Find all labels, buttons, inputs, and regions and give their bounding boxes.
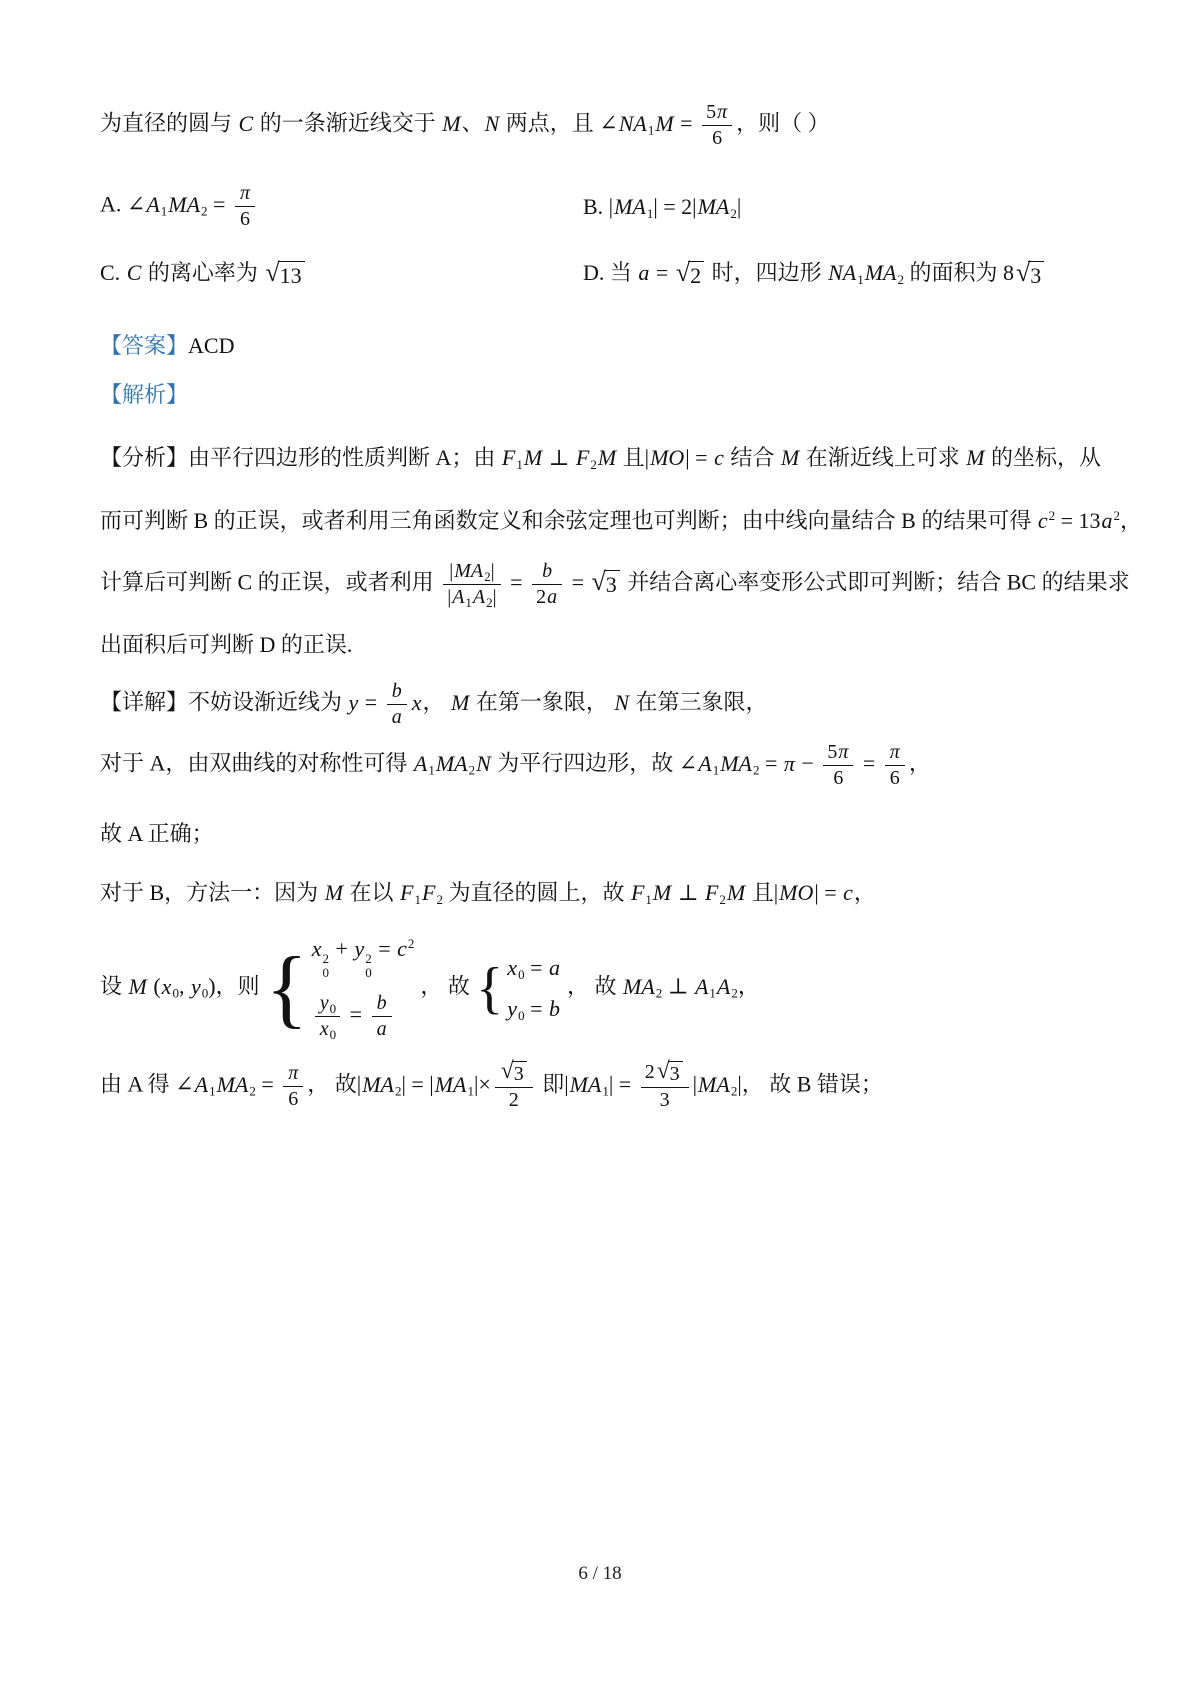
radicand: 3 bbox=[604, 570, 620, 599]
subscript: 2 bbox=[249, 1084, 256, 1099]
subscript: 2 bbox=[656, 986, 663, 1001]
math-var: x bbox=[411, 690, 423, 715]
math-var: M bbox=[726, 880, 746, 905]
fraction: √32 bbox=[495, 1060, 533, 1112]
math-var: A bbox=[145, 192, 160, 217]
subscript: 0 bbox=[518, 967, 525, 982]
case-row: y0 = b bbox=[506, 995, 561, 1024]
math-var: MA bbox=[864, 260, 898, 285]
sub-sup-stack: 20 bbox=[323, 952, 331, 979]
radical-icon: √ bbox=[265, 260, 279, 286]
subscript: 1 bbox=[414, 892, 421, 907]
analysis-line-2: 而可判断 B 的正误，或者利用三角函数定义和余弦定理也可判断；由中线向量结合 B… bbox=[100, 504, 1108, 537]
math-var: MA bbox=[622, 974, 656, 999]
denominator: 2 bbox=[495, 1087, 533, 1113]
fraction: ba bbox=[387, 679, 407, 730]
subscript: 1 bbox=[647, 206, 654, 221]
subscript: 0 bbox=[518, 1008, 525, 1023]
superscript: 2 bbox=[1114, 508, 1121, 523]
denominator: x0 bbox=[315, 1016, 340, 1042]
fraction: π6 bbox=[235, 181, 255, 232]
math-var: N bbox=[484, 111, 501, 136]
superscript: 2 bbox=[408, 936, 415, 951]
part-b-line: 对于 B，方法一：因为 M 在以 F1F2 为直径的圆上，故 F1M ⊥ F2M… bbox=[100, 876, 1108, 909]
math-var: x bbox=[311, 936, 323, 961]
math-var: x bbox=[161, 974, 173, 999]
math-var: NA bbox=[827, 260, 857, 285]
math-var: MA bbox=[435, 751, 469, 776]
part-a-line-2: 故 A 正确； bbox=[100, 817, 1108, 850]
math-var: A bbox=[413, 751, 428, 776]
option-b: B. |MA1| = 2|MA2| bbox=[583, 190, 1108, 223]
square-root: √3 bbox=[501, 1061, 527, 1087]
fraction: 5π6 bbox=[823, 740, 853, 791]
math-var: M bbox=[324, 880, 344, 905]
math-var: F bbox=[399, 880, 414, 905]
option-a: A. ∠A1MA2 = π6 bbox=[100, 181, 583, 232]
detail-line: 【详解】不妨设渐近线为 y = bax， M 在第一象限， N 在第三象限， bbox=[100, 679, 1108, 730]
subscript: 2 bbox=[395, 1084, 402, 1099]
radicand: 3 bbox=[1028, 261, 1044, 290]
case-rows: x20 + y20 = c2y0x0 = ba bbox=[311, 935, 415, 1042]
denominator: a bbox=[387, 704, 407, 730]
math-var: MA bbox=[216, 1072, 250, 1097]
denominator: 3 bbox=[641, 1087, 689, 1113]
radical-icon: √ bbox=[501, 1060, 514, 1084]
analysis-section-label: 【解析】 bbox=[100, 378, 1108, 411]
math-var: F bbox=[421, 880, 436, 905]
math-var: a bbox=[637, 260, 650, 285]
analysis-line-1: 【分析】由平行四边形的性质判断 A；由 F1M ⊥ F2M 且|MO| = c … bbox=[100, 441, 1108, 474]
math-var: MA bbox=[361, 1072, 395, 1097]
math-var: MA bbox=[719, 751, 753, 776]
math-var: x bbox=[319, 1018, 330, 1040]
math-var: A bbox=[716, 974, 731, 999]
fraction: 2√33 bbox=[641, 1060, 689, 1112]
math-var: F bbox=[630, 880, 645, 905]
from-a-line: 由 A 得 ∠A1MA2 = π6， 故|MA2| = |MA1|×√32 即|… bbox=[100, 1060, 1108, 1112]
subscript: 0 bbox=[172, 986, 179, 1001]
math-var: M bbox=[652, 880, 672, 905]
fraction: ba bbox=[372, 991, 392, 1042]
math-var: b bbox=[376, 992, 388, 1014]
subscript: 1 bbox=[857, 272, 864, 287]
denominator: 6 bbox=[235, 206, 255, 232]
radical-icon: √ bbox=[676, 260, 690, 286]
math-var: M bbox=[450, 690, 470, 715]
math-var: c bbox=[713, 445, 725, 470]
math-var: A bbox=[694, 974, 709, 999]
math-var: b bbox=[391, 680, 403, 702]
square-root: √3 bbox=[1016, 261, 1044, 290]
subscript: 2 bbox=[590, 457, 597, 472]
math-var: M bbox=[965, 445, 985, 470]
math-var: a bbox=[546, 586, 558, 608]
subscript: 0 bbox=[323, 966, 330, 980]
left-brace-icon: { bbox=[266, 945, 308, 1033]
subscript: 2 bbox=[731, 986, 738, 1001]
math-var: MA bbox=[697, 194, 731, 219]
math-var: MA bbox=[613, 194, 647, 219]
subscript: 1 bbox=[467, 1084, 474, 1099]
subscript: 1 bbox=[602, 1084, 609, 1099]
options-row-ab: A. ∠A1MA2 = π6 B. |MA1| = 2|MA2| bbox=[100, 181, 1108, 232]
set-m-line: 设 M (x0, y0)，则{x20 + y20 = c2y0x0 = ba， … bbox=[100, 935, 1108, 1042]
numerator: |MA2| bbox=[443, 559, 500, 584]
subscript: 0 bbox=[330, 1001, 337, 1016]
subscript: 2 bbox=[719, 892, 726, 907]
subscript: 0 bbox=[330, 1027, 337, 1042]
math-var: π bbox=[837, 741, 849, 763]
denominator: |A1A2| bbox=[443, 584, 500, 610]
document-page: 为直径的圆与 C 的一条渐近线交于 M、N 两点，且 ∠NA1M = 5π6，则… bbox=[0, 0, 1200, 1697]
math-var: A bbox=[697, 751, 712, 776]
math-var: NA bbox=[618, 111, 648, 136]
subscript: 0 bbox=[365, 966, 372, 980]
superscript: 2 bbox=[323, 952, 330, 966]
case-row: y0x0 = ba bbox=[311, 991, 415, 1042]
numerator: π bbox=[283, 1061, 303, 1086]
superscript: 2 bbox=[365, 952, 372, 966]
radical-icon: √ bbox=[657, 1060, 670, 1084]
math-var: MO bbox=[649, 445, 685, 470]
math-var: MA bbox=[569, 1072, 603, 1097]
math-var: M bbox=[441, 111, 461, 136]
math-var: b bbox=[548, 996, 561, 1021]
math-var: MA bbox=[453, 560, 484, 582]
math-var: A bbox=[194, 1072, 209, 1097]
math-var: F bbox=[704, 880, 719, 905]
sub-sup-stack: 20 bbox=[365, 952, 373, 979]
denominator: 2a bbox=[532, 584, 562, 610]
denominator: 6 bbox=[885, 765, 905, 791]
left-brace-icon: { bbox=[476, 960, 503, 1017]
fraction: |MA2||A1A2| bbox=[443, 559, 500, 610]
math-var: N bbox=[475, 751, 492, 776]
section-label: 【答案】 bbox=[100, 333, 188, 358]
math-var: b bbox=[541, 560, 553, 582]
math-var: C bbox=[238, 111, 255, 136]
math-var: a bbox=[1101, 508, 1114, 533]
math-var: c bbox=[842, 880, 854, 905]
numerator: 5π bbox=[823, 740, 853, 765]
analysis-line-3: 计算后可判断 C 的正误，或者利用 |MA2||A1A2| = b2a = √3… bbox=[100, 559, 1108, 610]
math-var: MA bbox=[434, 1072, 468, 1097]
option-c: C. C 的离心率为 √13 bbox=[100, 256, 583, 289]
subscript: 1 bbox=[645, 892, 652, 907]
math-var: π bbox=[287, 1062, 299, 1084]
cases-group: {x20 + y20 = c2y0x0 = ba bbox=[266, 935, 415, 1042]
case-rows: x0 = ay0 = b bbox=[506, 954, 561, 1023]
radical-icon: √ bbox=[592, 569, 606, 595]
subscript: 2 bbox=[730, 206, 737, 221]
math-var: y bbox=[319, 992, 330, 1014]
math-var: MA bbox=[697, 1072, 731, 1097]
radicand: 3 bbox=[512, 1061, 527, 1087]
fraction: y0x0 bbox=[315, 991, 340, 1042]
math-var: MA bbox=[167, 192, 201, 217]
math-var: M bbox=[523, 445, 543, 470]
fraction: π6 bbox=[885, 740, 905, 791]
subscript: 1 bbox=[465, 595, 472, 610]
problem-stem: 为直径的圆与 C 的一条渐近线交于 M、N 两点，且 ∠NA1M = 5π6，则… bbox=[100, 100, 1108, 151]
denominator: 6 bbox=[283, 1086, 303, 1112]
numerator: b bbox=[372, 991, 392, 1016]
denominator: 6 bbox=[823, 765, 853, 791]
math-var: π bbox=[716, 101, 728, 123]
document-content: 为直径的圆与 C 的一条渐近线交于 M、N 两点，且 ∠NA1M = 5π6，则… bbox=[0, 100, 1200, 1113]
subscript: 1 bbox=[516, 457, 523, 472]
denominator: 6 bbox=[702, 125, 732, 151]
subscript: 2 bbox=[201, 204, 208, 219]
fraction: b2a bbox=[532, 559, 562, 610]
radicand: 2 bbox=[688, 261, 704, 290]
superscript: 2 bbox=[1049, 508, 1056, 523]
math-var: π bbox=[889, 741, 901, 763]
answer-line: 【答案】ACD bbox=[100, 329, 1108, 362]
radical-icon: √ bbox=[1016, 260, 1030, 286]
math-var: MO bbox=[778, 880, 814, 905]
numerator: y0 bbox=[315, 991, 340, 1016]
options-row-cd: C. C 的离心率为 √13 D. 当 a = √2 时，四边形 NA1MA2 … bbox=[100, 256, 1108, 289]
section-label: 【解析】 bbox=[100, 382, 188, 407]
square-root: √3 bbox=[592, 570, 620, 599]
subscript: 1 bbox=[709, 986, 716, 1001]
math-var: c bbox=[1037, 508, 1049, 533]
math-var: N bbox=[613, 690, 630, 715]
math-var: A bbox=[451, 586, 465, 608]
math-var: y bbox=[348, 690, 360, 715]
math-var: M bbox=[128, 974, 148, 999]
case-row: x0 = a bbox=[506, 954, 561, 983]
square-root: √3 bbox=[657, 1061, 683, 1087]
math-var: y bbox=[353, 936, 365, 961]
denominator: a bbox=[372, 1016, 392, 1042]
radicand: 3 bbox=[668, 1061, 683, 1087]
math-var: F bbox=[501, 445, 516, 470]
subscript: 0 bbox=[202, 986, 209, 1001]
math-var: a bbox=[391, 706, 403, 728]
numerator: b bbox=[532, 559, 562, 584]
square-root: √2 bbox=[676, 261, 704, 290]
subscript: 2 bbox=[753, 763, 760, 778]
subscript: 2 bbox=[486, 595, 493, 610]
cases-group: {x0 = ay0 = b bbox=[476, 954, 561, 1023]
numerator: π bbox=[885, 740, 905, 765]
math-var: M bbox=[597, 445, 617, 470]
case-row: x20 + y20 = c2 bbox=[311, 935, 415, 979]
option-d: D. 当 a = √2 时，四边形 NA1MA2 的面积为 8√3 bbox=[583, 256, 1108, 289]
math-var: x bbox=[506, 955, 518, 980]
subscript: 2 bbox=[484, 569, 491, 584]
math-var: a bbox=[548, 955, 561, 980]
math-var: π bbox=[239, 182, 251, 204]
page-number: 6 / 18 bbox=[0, 1563, 1200, 1585]
subscript: 2 bbox=[897, 272, 904, 287]
numerator: 2√3 bbox=[641, 1060, 689, 1086]
part-a-line-1: 对于 A，由双曲线的对称性可得 A1MA2N 为平行四边形，故 ∠A1MA2 =… bbox=[100, 740, 1108, 791]
math-var: C bbox=[126, 260, 143, 285]
numerator: 5π bbox=[702, 100, 732, 125]
math-var: M bbox=[654, 111, 674, 136]
math-var: M bbox=[780, 445, 800, 470]
analysis-line-4: 出面积后可判断 D 的正误. bbox=[100, 628, 1108, 661]
subscript: 1 bbox=[428, 763, 435, 778]
subscript: 2 bbox=[731, 1084, 738, 1099]
math-var: A bbox=[472, 586, 486, 608]
subscript: 1 bbox=[209, 1084, 216, 1099]
radicand: 13 bbox=[278, 261, 305, 290]
math-var: y bbox=[190, 974, 202, 999]
math-var: F bbox=[575, 445, 590, 470]
numerator: b bbox=[387, 679, 407, 704]
math-var: a bbox=[376, 1018, 388, 1040]
math-var: c bbox=[396, 936, 408, 961]
fraction: 5π6 bbox=[702, 100, 732, 151]
numerator: √3 bbox=[495, 1060, 533, 1086]
fraction: π6 bbox=[283, 1061, 303, 1112]
math-var: y bbox=[506, 996, 518, 1021]
subscript: 2 bbox=[436, 892, 443, 907]
square-root: √13 bbox=[265, 261, 304, 290]
math-var: π bbox=[783, 751, 796, 776]
numerator: π bbox=[235, 181, 255, 206]
